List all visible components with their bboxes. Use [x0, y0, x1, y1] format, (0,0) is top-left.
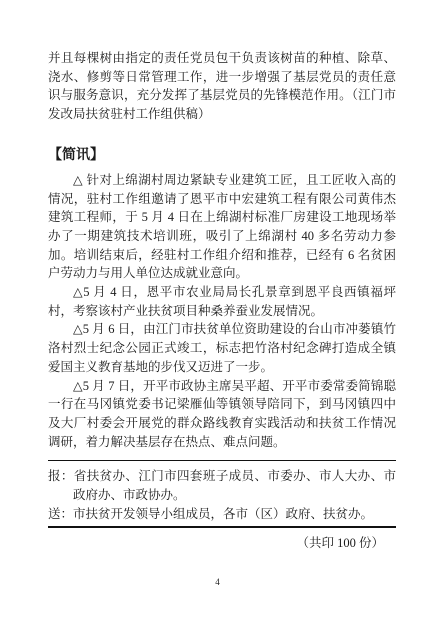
send-text: 市扶贫开发领导小组成员，各市（区）政府、扶贫办。: [73, 507, 373, 521]
brief-item-3: △5 月 6 日，由江门市扶贫单位资助建设的台山市冲蒌镇竹洛村烈士纪念公园正式竣…: [48, 320, 396, 376]
page-number: 4: [0, 577, 435, 587]
report-line: 报：省扶贫办、江门市四套班子成员、市委办、市人大办、市政府办、市政协办。: [48, 467, 396, 504]
send-line: 送：市扶贫开发领导小组成员，各市（区）政府、扶贫办。: [48, 505, 396, 524]
page-content: 并且每棵树由指定的责任党员包干负责该树苗的种植、除草、浇水、修剪等日常管理工作，…: [48, 0, 396, 552]
send-label: 送：: [48, 507, 73, 521]
section-header-jianxun: 【简讯】: [48, 146, 396, 165]
brief-item-2: △5 月 4 日，恩平市农业局局长孔景章到恩平良西镇福坪村，考察该村产业扶贫项目…: [48, 283, 396, 320]
document-page: 并且每棵树由指定的责任党员包干负责该树苗的种植、除草、浇水、修剪等日常管理工作，…: [0, 0, 435, 619]
report-text: 省扶贫办、江门市四套班子成员、市委办、市人大办、市政府办、市政协办。: [73, 469, 396, 502]
continuation-paragraph: 并且每棵树由指定的责任党员包干负责该树苗的种植、除草、浇水、修剪等日常管理工作，…: [48, 49, 396, 124]
report-label: 报：: [48, 469, 74, 483]
distribution-block: 报：省扶贫办、江门市四套班子成员、市委办、市人大办、市政府办、市政协办。 送：市…: [48, 460, 396, 528]
brief-item-4: △5 月 7 日，开平市政协主席吴平超、开平市委常委简锦聪一行在马冈镇党委书记梁…: [48, 377, 396, 452]
print-count: （共印 100 份）: [48, 534, 396, 552]
brief-item-1: △ 针对上绵湖村周边紧缺专业建筑工匠，且工匠收入高的情况，驻村工作组邀请了恩平市…: [48, 171, 396, 283]
